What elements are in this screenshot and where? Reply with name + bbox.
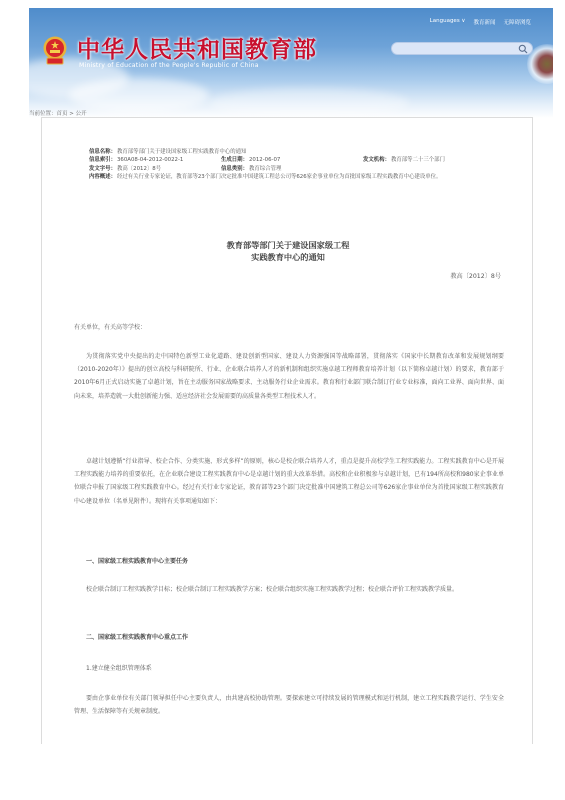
section-heading-2: 二、国家级工程实践教育中心重点工作 [74,631,504,644]
document-body: 为贯彻落实党中央提出的走中国特色新型工业化道路、建设创新型国家、建设人力资源强国… [74,350,504,403]
site-title[interactable]: 中华人民共和国教育部 [77,31,317,64]
search-icon[interactable] [518,44,528,54]
section-heading-1: 一、国家级工程实践教育中心主要任务 [74,555,504,568]
paragraph-3: 校企联合制订工程实践教学目标；校企联合制订工程实践教学方案；校企联合组织实施工程… [74,583,504,596]
cloud-decoration [209,88,409,118]
document-body: 一、国家级工程实践教育中心主要任务 [74,555,504,568]
news-link[interactable]: 教育新闻 [473,18,495,26]
meta-name-value: 教育部等部门关于建设国家级工程实践教育中心的通知 [117,148,246,156]
meta-index-value: 360A08-04-2012-0022-1 [117,156,221,164]
subheading-1: 1.建立健全组织管理体系 [74,662,504,675]
addressee: 有关单位，有关高等学校： [74,321,504,334]
top-links: Languages ∨ 教育新闻 无障碍浏览 [430,18,531,26]
meta-issuer-label: 发文机构： [363,156,391,164]
document-title-line2: 实践教育中心的通知 [42,251,534,263]
meta-docno-value: 教高〔2012〕8号 [117,165,221,173]
document-body: 有关单位，有关高等学校： [74,321,504,334]
site-subtitle: Ministry of Education of the People's Re… [79,62,259,69]
document-number: 教高〔2012〕8号 [450,271,501,280]
meta-row-summary: 内容概述： 经过有关行业专家论证，教育部等23个部门决定批准中国建筑工程总公司等… [89,173,509,181]
search-input[interactable] [398,52,518,63]
document-body: 二、国家级工程实践教育中心重点工作 [74,631,504,644]
paragraph-1: 为贯彻落实党中央提出的走中国特色新型工业化道路、建设创新型国家、建设人力资源强国… [74,350,504,403]
document-title-line1: 教育部等部门关于建设国家级工程 [42,239,534,251]
meta-summary-label: 内容概述： [89,173,117,181]
content-card: 信息名称： 教育部等部门关于建设国家级工程实践教育中心的通知 信息索引： 360… [41,117,533,744]
document-body: 1.建立健全组织管理体系 [74,662,504,675]
meta-date-label: 生成日期： [221,156,249,164]
paragraph-2: 卓越计划遵循“行业指导、校企合作、分类实施、形式多样”的原则，核心是校企联合培养… [74,455,504,508]
meta-summary-value: 经过有关行业专家论证，教育部等23个部门决定批准中国建筑工程总公司等626家企事… [117,173,509,181]
meta-index-label: 信息索引： [89,156,117,164]
accessibility-link[interactable]: 无障碍浏览 [503,18,531,26]
meta-row-name: 信息名称： 教育部等部门关于建设国家级工程实践教育中心的通知 [89,148,509,156]
page-container: 中华人民共和国教育部 Ministry of Education of the … [29,8,553,744]
document-body: 要由企事业单位有关部门领导担任中心主要负责人，由共建高校协助管理。要探索建立可持… [74,692,504,718]
meta-name-label: 信息名称： [89,148,117,156]
meta-category-label: 信息类别： [221,165,249,173]
meta-docno-label: 发文字号： [89,165,117,173]
meta-issuer-value: 教育部等二十三个部门 [391,156,445,164]
breadcrumb[interactable]: 当前位置：首页 > 公开 [29,109,87,117]
paragraph-4: 要由企事业单位有关部门领导担任中心主要负责人，由共建高校协助管理。要探索建立可持… [74,692,504,718]
meta-row-docno: 发文字号： 教高〔2012〕8号 信息类别： 教育综合管理 [89,165,509,173]
site-header: 中华人民共和国教育部 Ministry of Education of the … [29,8,553,118]
document-title: 教育部等部门关于建设国家级工程 实践教育中心的通知 [42,239,534,263]
document-body: 卓越计划遵循“行业指导、校企合作、分类实施、形式多样”的原则，核心是校企联合培养… [74,455,504,508]
document-metadata: 信息名称： 教育部等部门关于建设国家级工程实践教育中心的通知 信息索引： 360… [89,148,509,182]
meta-category-value: 教育综合管理 [249,165,281,173]
document-body: 校企联合制订工程实践教学目标；校企联合制订工程实践教学方案；校企联合组织实施工程… [74,583,504,596]
search-box [391,42,533,55]
meta-row-index: 信息索引： 360A08-04-2012-0022-1 生成日期： 2012-0… [89,156,509,164]
cloud-decoration [69,78,209,113]
languages-link[interactable]: Languages ∨ [430,18,466,26]
meta-date-value: 2012-06-07 [249,156,316,164]
national-emblem-icon [42,36,68,66]
